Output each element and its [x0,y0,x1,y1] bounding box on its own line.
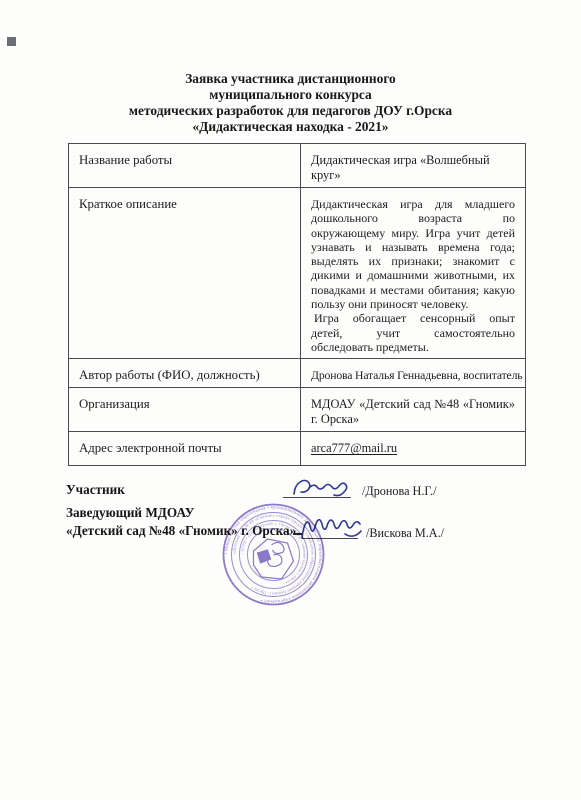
stamp-ring-text-inner: • ОГРН • администрации г. Орска • ОГРН •… [240,521,306,584]
official-stamp: • Министерство образования • муниципальн… [211,492,336,617]
row-label-title: Название работы [69,144,301,188]
description-paragraph-1: Дидактическая игра для младшего дошкольн… [311,197,515,311]
head-name: /Вискова М.А./ [366,526,444,541]
organization-line-1: МДОАУ «Детский сад №48 «Гномик» [311,397,515,412]
title-line-4: «Дидактическая находка - 2021» [40,119,541,135]
participant-label: Участник [66,482,125,498]
author-name: Дронова Наталья Геннадьевна, воспитатель [311,369,522,382]
table-row-description: Краткое описание Дидактическая игра для … [69,188,526,359]
stamp-gnome-emblem [254,539,294,579]
row-value-title: Дидактическая игра «Волшебный круг» [301,144,526,188]
scanned-application-form: Заявка участника дистанционного муниципа… [0,0,581,800]
participant-name: /Дронова Н.Г./ [362,484,437,499]
table-row-email: Адрес электронной почты arca777@mail.ru [69,432,526,466]
row-value-email: arca777@mail.ru [301,432,526,466]
row-label-email: Адрес электронной почты [69,432,301,466]
row-label-description: Краткое описание [69,188,301,359]
description-paragraph-2: Игра обогащает сенсорный опыт детей, учи… [311,311,515,354]
table-row-author: Автор работы (ФИО, должность) Дронова На… [69,359,526,388]
application-table: Название работы Дидактическая игра «Волш… [68,143,526,466]
organization-line-2: г. Орска» [311,412,515,427]
row-value-organization: МДОАУ «Детский сад №48 «Гномик» г. Орска… [301,388,526,432]
head-label-line-1: Заведующий МДОАУ [66,505,195,521]
row-label-organization: Организация [69,388,301,432]
table-row-title: Название работы Дидактическая игра «Волш… [69,144,526,188]
scan-artifact [7,37,16,46]
title-line-2: муниципального конкурса [40,87,541,103]
email-address: arca777@mail.ru [311,441,397,455]
table-row-organization: Организация МДОАУ «Детский сад №48 «Гном… [69,388,526,432]
title-line-3: методических разработок для педагогов ДО… [40,103,541,119]
document-title: Заявка участника дистанционного муниципа… [40,71,541,135]
row-label-author: Автор работы (ФИО, должность) [69,359,301,388]
title-line-1: Заявка участника дистанционного [40,71,541,87]
row-value-author: Дронова Наталья Геннадьевна, воспитатель [301,359,526,388]
row-value-description: Дидактическая игра для младшего дошкольн… [301,188,526,359]
